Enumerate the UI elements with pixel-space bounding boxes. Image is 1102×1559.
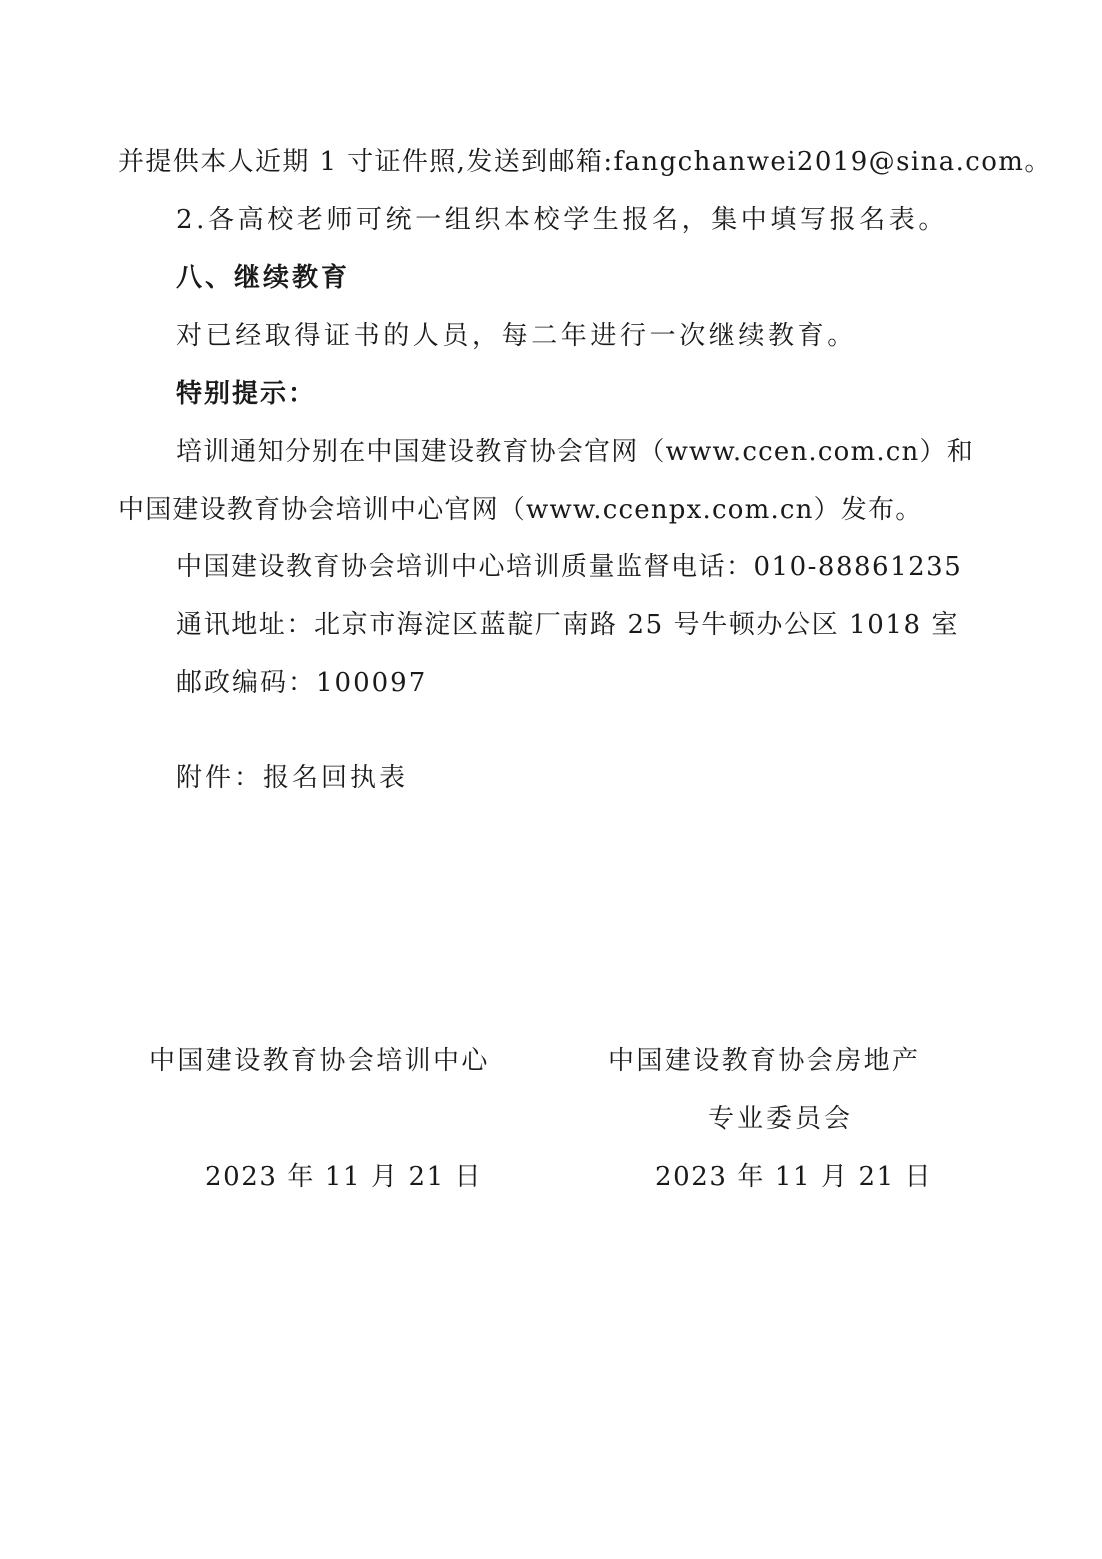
mailing-address: 通讯地址：北京市海淀区蓝靛厂南路 25 号牛顿办公区 1018 室 [176,608,959,642]
paragraph-publish-sites-line1: 培训通知分别在中国建设教育协会官网（www.ccen.com.cn）和 [176,435,974,469]
postal-code: 邮政编码：100097 [176,666,427,700]
paragraph-photo-email: 并提供本人近期 1 寸证件照,发送到邮箱:fangchanwei2019@sin… [118,145,1052,179]
signature-right-org-line1: 中国建设教育协会房地产 [608,1044,920,1078]
signature-right-org-line2: 专业委员会 [708,1102,853,1136]
signature-left-date: 2023 年 11 月 21 日 [205,1160,482,1194]
paragraph-publish-sites-line2: 中国建设教育协会培训中心官网（www.ccenpx.com.cn）发布。 [118,493,922,527]
signature-left-org: 中国建设教育协会培训中心 [149,1044,490,1078]
section-heading-continuing-education: 八、继续教育 [176,261,350,295]
notice-heading: 特别提示： [176,377,316,411]
supervision-phone: 中国建设教育协会培训中心培训质量监督电话：010-88861235 [176,550,962,584]
document-page: 并提供本人近期 1 寸证件照,发送到邮箱:fangchanwei2019@sin… [0,0,1102,1559]
attachment-label: 附件：报名回执表 [176,761,408,795]
paragraph-continuing-education: 对已经取得证书的人员，每二年进行一次继续教育。 [176,319,857,353]
paragraph-school-registration: 2.各高校老师可统一组织本校学生报名，集中填写报名表。 [176,203,948,237]
signature-right-date: 2023 年 11 月 21 日 [655,1160,932,1194]
